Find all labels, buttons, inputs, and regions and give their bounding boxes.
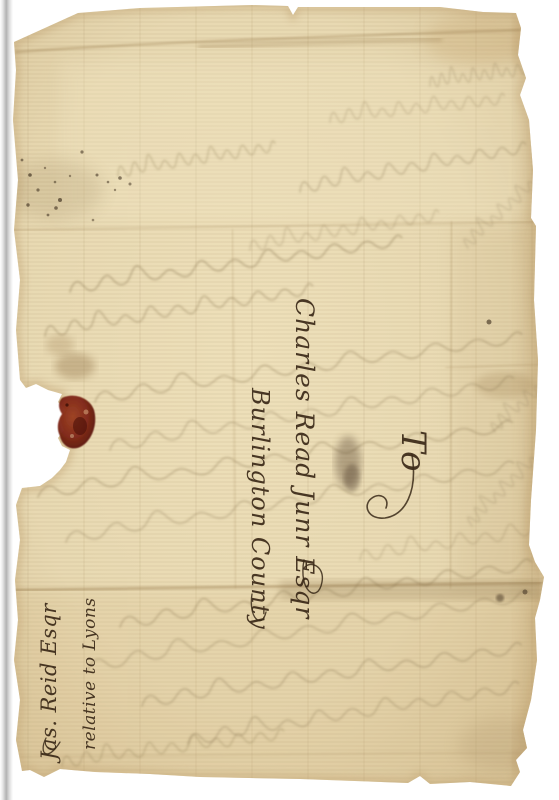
right-mid-stain (475, 372, 535, 398)
ink-smudge-dark (344, 464, 360, 492)
scanned-letter-page: To Charles Read Junr Esqr Burlington Cou… (0, 0, 559, 800)
seal-stain (55, 353, 95, 379)
docket-line2: relative to Lyons (80, 597, 100, 750)
top-left-grime (7, 160, 103, 220)
address-place: Burlington County (246, 387, 274, 630)
seal-stain-upper (46, 335, 74, 355)
docket-line1: Jas. Reid Esqr (37, 602, 61, 764)
bottom-right-stain (458, 719, 542, 771)
letter-scan: To Charles Read Junr Esqr Burlington Cou… (0, 0, 559, 800)
address-recipient: Charles Read Junr Esqr (290, 298, 319, 620)
light-panel (60, 60, 530, 220)
